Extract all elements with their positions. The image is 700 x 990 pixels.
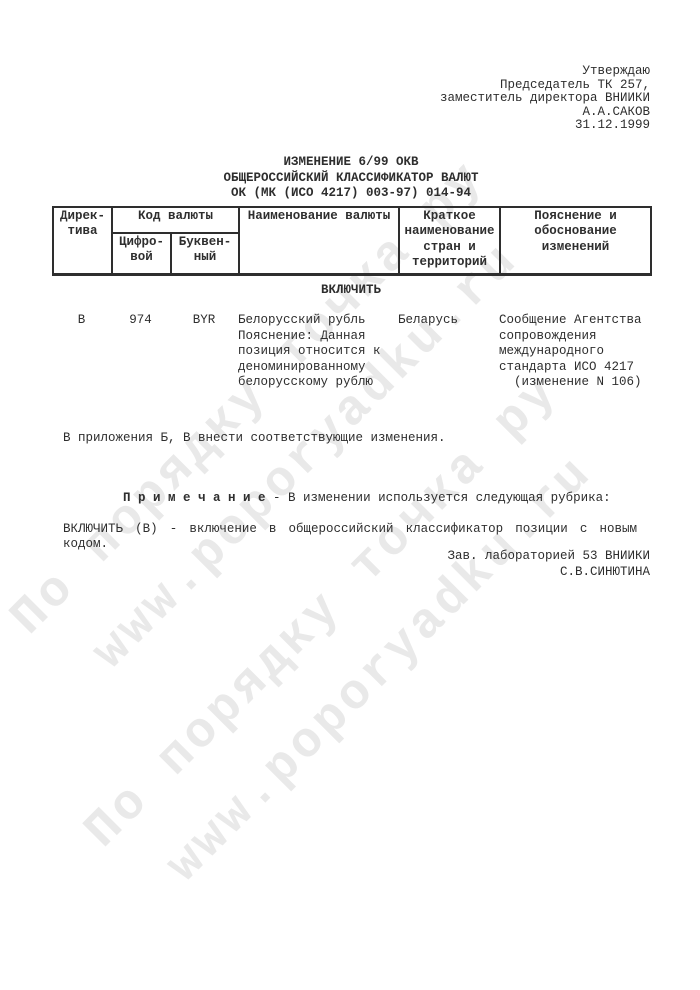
note-block: П р и м е ч а н и е - В изменении исполь…	[63, 475, 637, 553]
col-header-numeric-code: Цифро- вой	[112, 233, 171, 274]
cell-directive: В	[52, 313, 111, 391]
section-label-include: ВКЛЮЧИТЬ	[52, 283, 650, 299]
classifier-header-table: Дирек- тива Код валюты Наименование валю…	[52, 206, 652, 276]
note-label: П р и м е ч а н и е	[123, 491, 266, 505]
signature-block: Зав. лабораторией 53 ВНИИКИ С.В.СИНЮТИНА	[447, 549, 650, 580]
col-header-alpha-code: Буквен- ный	[171, 233, 239, 274]
col-header-explanation: Пояснение и обоснование изменений	[500, 207, 651, 274]
cell-currency-name: Белорусский рубль Пояснение: Данная пози…	[238, 313, 398, 391]
cell-countries: Беларусь	[398, 313, 499, 391]
document-title: ИЗМЕНЕНИЕ 6/99 ОКВ ОБЩЕРОССИЙСКИЙ КЛАССИ…	[52, 155, 650, 202]
classifier-data-table: В 974 BYR Белорусский рубль Пояснение: Д…	[52, 313, 650, 391]
approval-block: Утверждаю Председатель ТК 257, заместите…	[440, 65, 650, 133]
document-content: Утверждаю Председатель ТК 257, заместите…	[0, 0, 700, 990]
cell-numeric-code: 974	[111, 313, 170, 391]
col-header-currency-name: Наименование валюты	[239, 207, 399, 274]
note-justified-line: ВКЛЮЧИТЬ (В) - включение в общероссийски…	[63, 522, 637, 538]
note-first-line: П р и м е ч а н и е - В изменении исполь…	[63, 475, 637, 522]
cell-alpha-code: BYR	[170, 313, 238, 391]
document-page: По порядку точка ру www.poporyadku.ru По…	[0, 0, 700, 990]
col-header-currency-code: Код валюты	[112, 207, 239, 233]
table-row: В 974 BYR Белорусский рубль Пояснение: Д…	[52, 313, 650, 391]
note-intro: - В изменении используется следующая руб…	[266, 491, 611, 505]
appendix-note: В приложения Б, В внести соответствующие…	[63, 431, 446, 447]
col-header-countries: Краткое наименование стран и территорий	[399, 207, 500, 274]
cell-explanation: Сообщение Агентства сопровождения междун…	[499, 313, 650, 391]
col-header-directive: Дирек- тива	[53, 207, 112, 274]
